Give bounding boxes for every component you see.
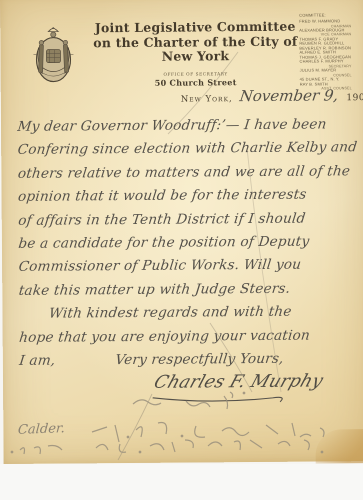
body-line: With kindest regards and with the <box>18 300 359 326</box>
handwritten-date: November 9, <box>239 86 340 105</box>
body-line: others relative to matters and we are al… <box>16 160 357 186</box>
committee-roster: COMMITTEE: FRED W. HAMMOND CHAIRMAN ALEX… <box>299 13 358 91</box>
body-line: take this matter up with Judge Steers. <box>17 277 358 303</box>
body-line: Commissioner of Public Works. Will you <box>17 254 358 280</box>
valediction: Very respectfully Yours, <box>114 348 285 373</box>
letter-body: My dear Governor Woodruff:’— I have been… <box>16 113 356 403</box>
background-margin <box>0 464 363 500</box>
i-am: I am, <box>18 349 117 373</box>
printed-year: 1909 <box>346 93 363 103</box>
letter-page: Joint Legislative Committee on the Chart… <box>0 0 363 500</box>
pencil-name-calder: Calder. <box>17 421 65 438</box>
committee-heading: COMMITTEE: <box>299 13 357 18</box>
body-line: of affairs in the Tenth District if I sh… <box>17 207 358 233</box>
body-line: Confering since election with Charlie Ke… <box>16 137 357 163</box>
body-line: My dear Governor Woodruff:’— I have been <box>16 113 357 139</box>
body-line: hope that you are enjoying your vacation <box>18 324 359 350</box>
valediction-line: I am, Very respectfully Yours, <box>18 347 359 373</box>
new-york-state-seal-icon <box>24 19 83 89</box>
letterhead: Joint Legislative Committee on the Chart… <box>84 20 307 88</box>
paper-stain <box>315 429 363 463</box>
body-line: opinion that it would be for the interes… <box>17 183 358 209</box>
signature-flourish-icon <box>148 393 309 404</box>
letter-paper: Joint Legislative Committee on the Chart… <box>0 0 363 464</box>
body-line: be a candidate for the position of Deput… <box>17 230 358 256</box>
dateline: New York, November 9, 1909 <box>181 85 361 105</box>
dateline-city: New York, <box>181 94 233 104</box>
org-name-line2: on the Charter of the City of New York <box>84 34 306 65</box>
signature-row: Charles F. Murphy <box>18 371 359 404</box>
